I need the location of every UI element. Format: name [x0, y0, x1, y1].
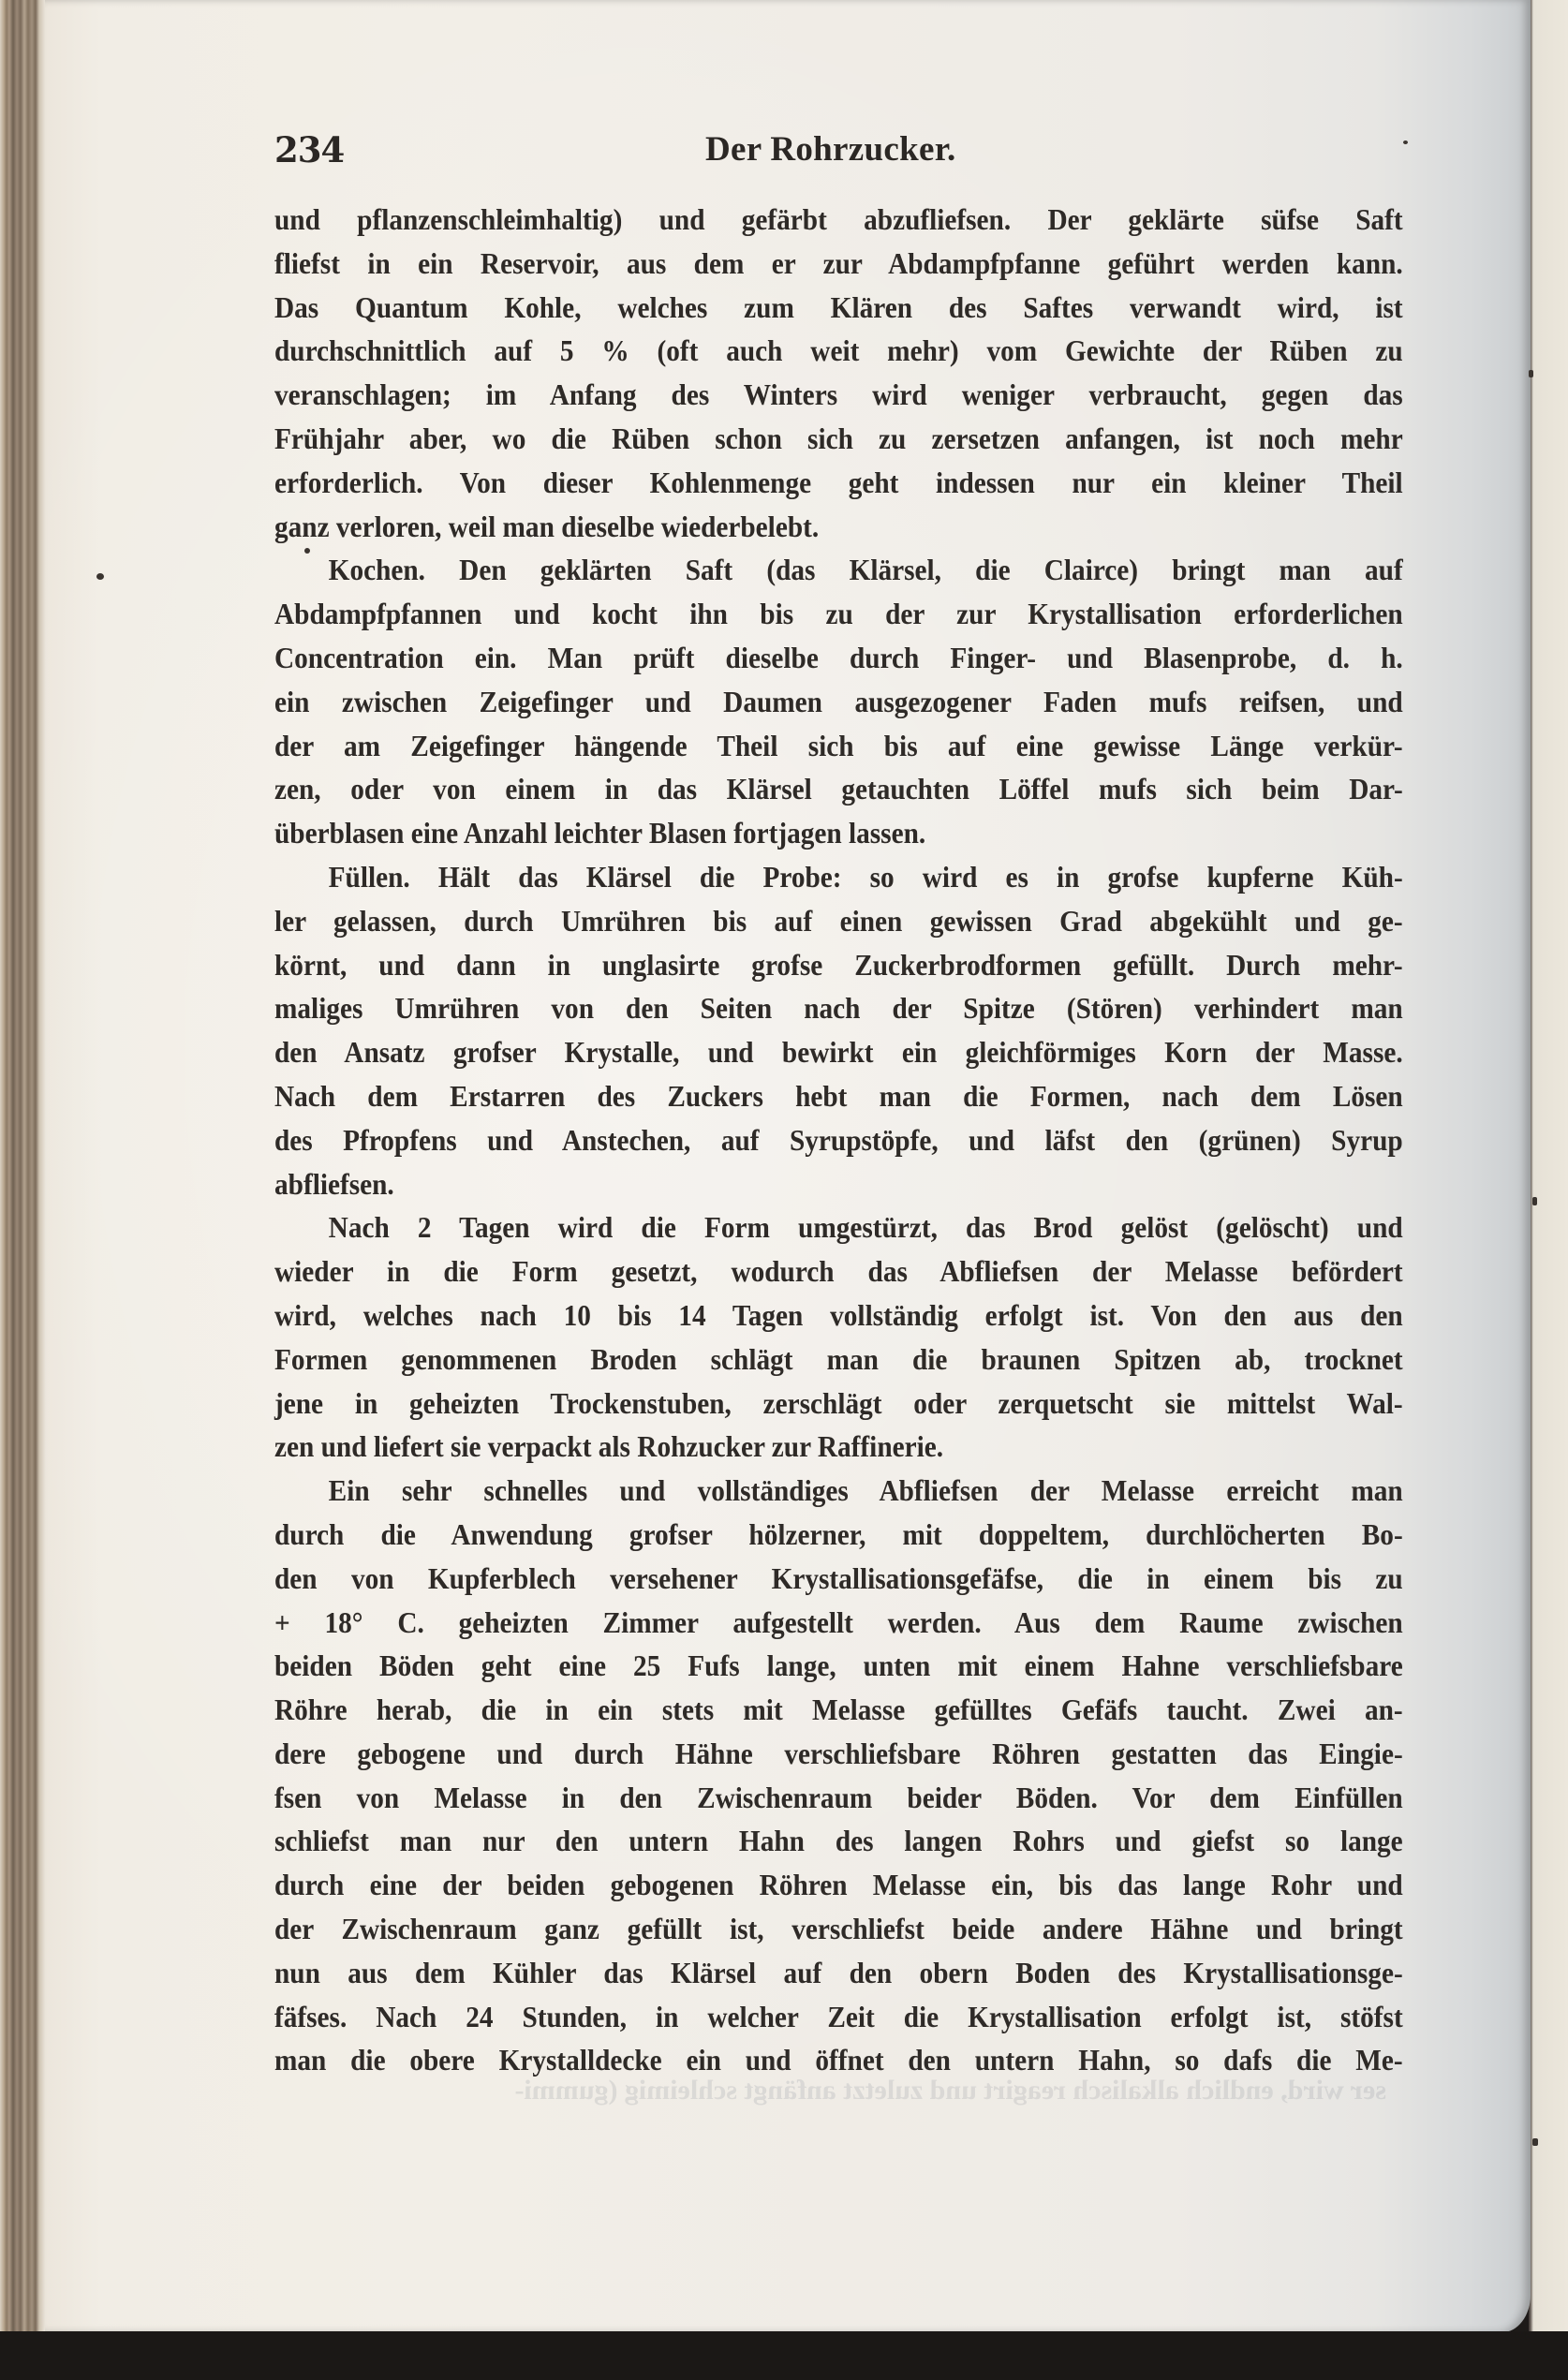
text-line: und pflanzenschleimhaltig) und gefärbt a… [274, 199, 1403, 243]
text-line: maliges Umrühren von den Seiten nach der… [274, 987, 1403, 1031]
ink-speck [304, 548, 310, 554]
text-line: Röhre herab, die in ein stets mit Melass… [274, 1689, 1403, 1733]
text-line: körnt, und dann in unglasirte grofse Zuc… [274, 944, 1403, 988]
text-line: Abdampfpfannen und kocht ihn bis zu der … [274, 593, 1403, 637]
text-line: durch eine der beiden gebogenen Röhren M… [274, 1864, 1403, 1908]
text-line: zen, oder von einem in das Klärsel getau… [274, 768, 1403, 812]
text-line: des Pfropfens und Anstechen, auf Syrupst… [274, 1119, 1403, 1163]
text-line: nun aus dem Kühler das Klärsel auf den o… [274, 1952, 1403, 1996]
text-line: wird, welches nach 10 bis 14 Tagen volls… [274, 1294, 1403, 1338]
text-line: Das Quantum Kohle, welches zum Klären de… [274, 287, 1403, 331]
text-line: zen und liefert sie verpackt als Rohzuck… [274, 1426, 1403, 1470]
text-line: erforderlich. Von dieser Kohlenmenge geh… [274, 462, 1403, 506]
text-line: wieder in die Form gesetzt, wodurch das … [274, 1250, 1403, 1294]
text-line: Ein sehr schnelles und vollständiges Abf… [274, 1470, 1403, 1514]
text-line: veranschlagen; im Anfang des Winters wir… [274, 374, 1403, 418]
book-binding-edges [0, 0, 45, 2346]
text-line: dere gebogene und durch Hähne verschlief… [274, 1733, 1403, 1777]
text-line: Frühjahr aber, wo die Rüben schon sich z… [274, 418, 1403, 462]
text-line: fsen von Melasse in den Zwischenraum bei… [274, 1777, 1403, 1821]
ink-speck [1403, 140, 1408, 144]
text-line: ein zwischen Zeigefinger und Daumen ausg… [274, 681, 1403, 725]
text-line: den von Kupferblech versehener Krystalli… [274, 1558, 1403, 1602]
text-line: Nach 2 Tagen wird die Form umgestürzt, d… [274, 1206, 1403, 1250]
text-line: der am Zeigefinger hängende Theil sich b… [274, 725, 1403, 769]
ink-speck [1529, 370, 1533, 377]
ink-speck [1532, 2138, 1538, 2146]
text-line: ganz verloren, weil man dieselbe wiederb… [274, 506, 1403, 550]
text-line: Concentration ein. Man prüft dieselbe du… [274, 637, 1403, 681]
text-line: Kochen. Den geklärten Saft (das Klärsel,… [274, 549, 1403, 593]
text-line: fliefst in ein Reservoir, aus dem er zur… [274, 243, 1403, 287]
text-line: durch die Anwendung grofser hölzerner, m… [274, 1514, 1403, 1558]
text-line: fäfses. Nach 24 Stunden, in welcher Zeit… [274, 1996, 1403, 2040]
text-line: ler gelassen, durch Umrühren bis auf ein… [274, 900, 1403, 944]
text-line: man die obere Krystalldecke ein und öffn… [274, 2039, 1403, 2083]
page-number: 234 [274, 129, 344, 170]
text-line: Formen genommenen Broden schlägt man die… [274, 1338, 1403, 1382]
text-line: Füllen. Hält das Klärsel die Probe: so w… [274, 856, 1403, 900]
text-line: der Zwischenraum ganz gefüllt ist, versc… [274, 1908, 1403, 1952]
text-line: den Ansatz grofser Krystalle, und bewirk… [274, 1031, 1403, 1075]
ink-speck [1532, 1197, 1537, 1205]
text-line: abfliefsen. [274, 1163, 1403, 1207]
text-line: schliefst man nur den untern Hahn des la… [274, 1820, 1403, 1864]
text-line: + 18° C. geheizten Zimmer aufgestellt we… [274, 1602, 1403, 1646]
text-line: beiden Böden geht eine 25 Fufs lange, un… [274, 1645, 1403, 1689]
running-head: 234 Der Rohrzucker. [274, 129, 1403, 176]
ink-speck [96, 573, 104, 580]
running-title: Der Rohrzucker. [705, 129, 956, 170]
text-line: durchschnittlich auf 5 % (oft auch weit … [274, 330, 1403, 374]
text-line: jene in geheizten Trockenstuben, zerschl… [274, 1382, 1403, 1427]
adjacent-page-edge [1529, 0, 1568, 2346]
scan-bottom-shadow [0, 2331, 1568, 2380]
text-line: Nach dem Erstarren des Zuckers hebt man … [274, 1075, 1403, 1119]
body-text: und pflanzenschleimhaltig) und gefärbt a… [274, 199, 1403, 2083]
text-line: überblasen eine Anzahl leichter Blasen f… [274, 812, 1403, 856]
